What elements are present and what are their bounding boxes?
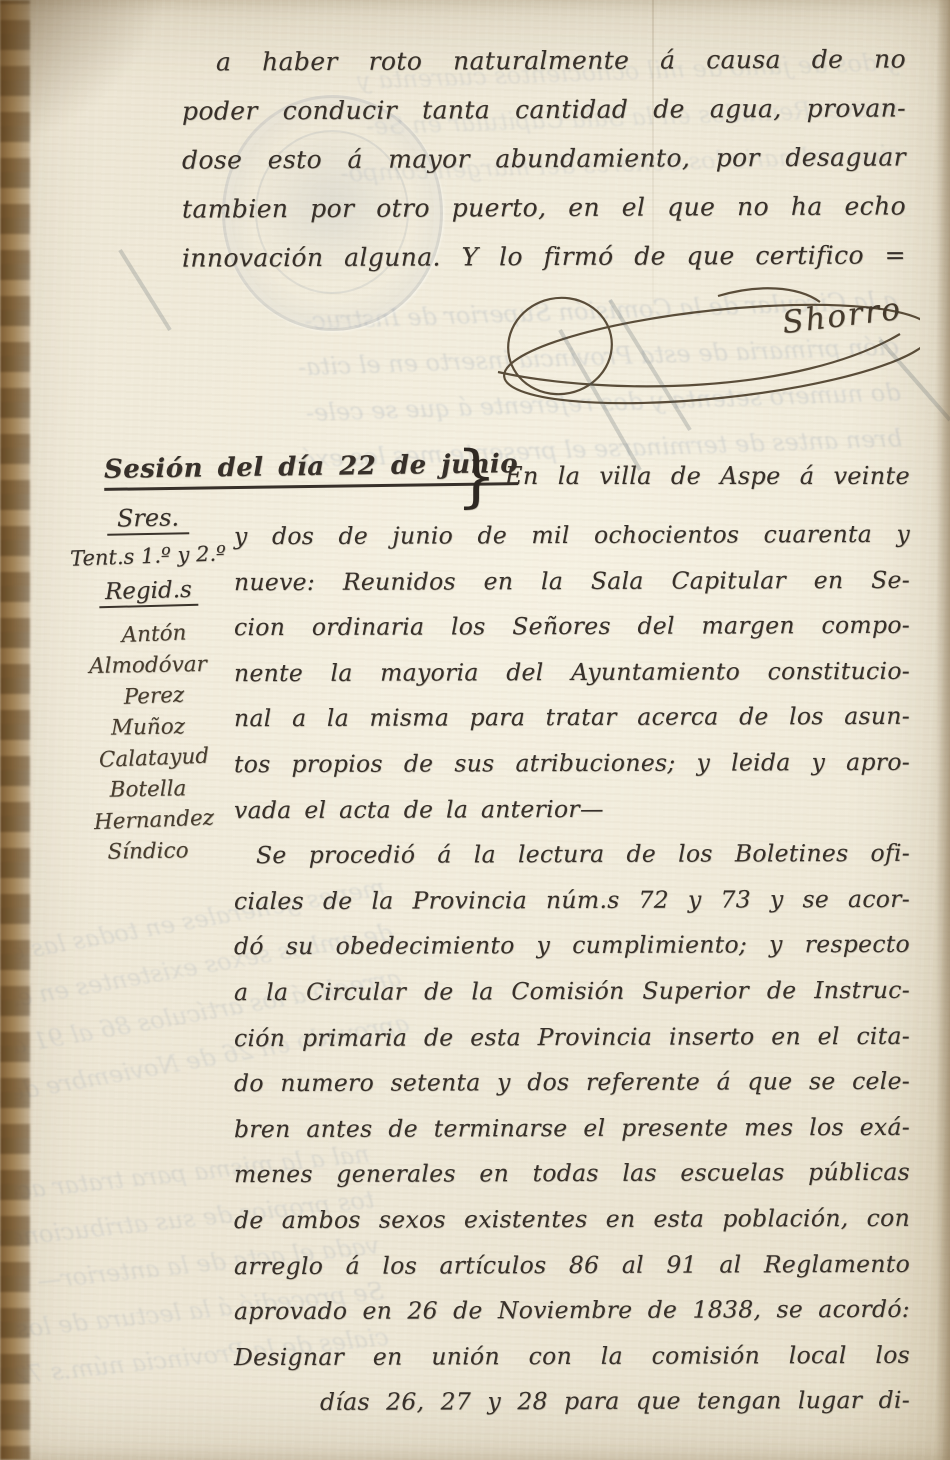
manuscript-line: de ambos sexos existentes en esta poblac…: [234, 1196, 910, 1244]
manuscript-line: menes generales en todas las escuelas pú…: [234, 1150, 910, 1198]
page-edge-right: [936, 0, 950, 1460]
manuscript-line: días 26, 27 y 28 para que tengan lugar d…: [234, 1378, 910, 1426]
manuscript-line: a la Circular de la Comisión Superior de…: [234, 968, 910, 1016]
manuscript-line: En la villa de Aspe á veinte: [505, 462, 910, 490]
manuscript-line: do numero setenta y dos referente á que …: [234, 1059, 910, 1107]
closing-paragraph: a haber roto naturalmente á causa de no …: [182, 36, 906, 281]
page-binding-edge: [0, 0, 30, 1460]
manuscript-line: ción primaria de esta Provincia inserto …: [234, 1013, 910, 1061]
session-body: y dos de junio de mil ochocientos cuaren…: [234, 513, 910, 1425]
margin-title: Sres.: [107, 503, 190, 535]
attendee-name: Muñoz: [58, 710, 239, 744]
manuscript-line: bren antes de terminarse el presente mes…: [234, 1105, 910, 1153]
signature: Shorro: [468, 276, 920, 426]
manuscript-line: nueve: Reunidos en la Sala Capitular en …: [234, 557, 910, 605]
margin-subtitle: Tent.s 1.º y 2.º: [58, 541, 239, 571]
session-heading-row: Sesión del día 22 de junio }: [104, 452, 518, 488]
attendee-name: Almodóvar: [58, 648, 239, 682]
attendee-name: Hernandez: [63, 801, 244, 839]
attendee-names: Antón Almodóvar Perez Muñoz Calatayud Bo…: [58, 619, 238, 867]
manuscript-line: aprovado en 26 de Noviembre de 1838, se …: [234, 1287, 910, 1335]
attendee-name: Antón: [63, 615, 244, 653]
manuscript-line: dose esto á mayor abundamiento, por desa…: [182, 132, 906, 184]
attendance-margin: Sres. Tent.s 1.º y 2.º Regid.s Antón Alm…: [58, 504, 238, 867]
manuscript-line: innovación alguna. Y lo firmó de que cer…: [182, 230, 906, 282]
manuscript-line: nente la mayoria del Ayuntamiento consti…: [234, 649, 910, 697]
manuscript-line: dó su obedecimiento y cumplimiento; y re…: [234, 922, 910, 970]
manuscript-page: y dos de junio de mil ochocientos cuaren…: [0, 0, 950, 1460]
brace-glyph: }: [456, 438, 497, 516]
manuscript-line: arreglo á los artículos 86 al 91 al Regl…: [234, 1241, 910, 1289]
margin-group-label: Regid.s: [98, 577, 198, 609]
attendee-name: Calatayud: [63, 739, 244, 777]
manuscript-line: nal a la misma para tratar acerca de los…: [234, 694, 910, 742]
manuscript-line: y dos de junio de mil ochocientos cuaren…: [234, 512, 910, 560]
manuscript-line: vada el acta de la anterior—: [234, 785, 910, 833]
manuscript-line: ciales de la Provincia núm.s 72 y 73 y s…: [234, 877, 910, 925]
paper-fold-line: [652, 0, 654, 330]
manuscript-line: Designar en unión con la comisión local …: [234, 1333, 910, 1381]
manuscript-line: tambien por otro puerto, en el que no ha…: [182, 181, 906, 233]
attendee-name: Síndico: [58, 834, 239, 868]
attendee-name: Perez: [63, 677, 244, 715]
manuscript-line: cion ordinaria los Señores del margen co…: [234, 603, 910, 651]
manuscript-line: poder conducir tanta cantidad de agua, p…: [182, 83, 906, 135]
page-corner-shadow: [0, 0, 180, 160]
manuscript-line: Se procedió á la lectura de los Boletine…: [234, 831, 910, 879]
attendee-name: Botella: [58, 772, 239, 806]
manuscript-line: a haber roto naturalmente á causa de no: [182, 34, 906, 86]
manuscript-line: tos propios de sus atribuciones; y leida…: [234, 740, 910, 788]
